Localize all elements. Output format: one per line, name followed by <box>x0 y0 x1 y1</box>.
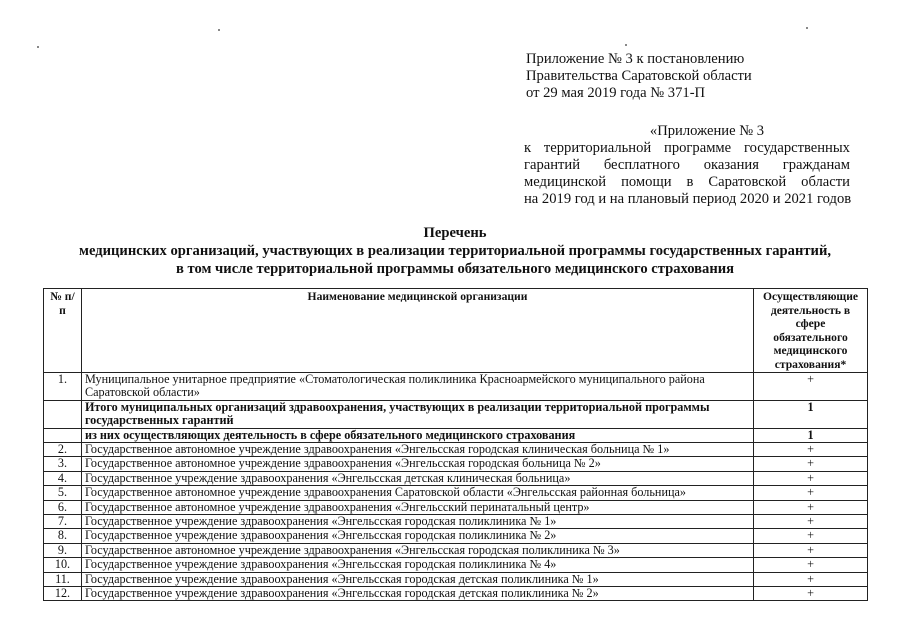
organization-name: Государственное учреждение здравоохранен… <box>81 572 753 586</box>
row-number: 3. <box>44 457 82 471</box>
organization-name: Государственное учреждение здравоохранен… <box>81 558 753 572</box>
organization-name: Государственное автономное учреждение зд… <box>81 486 753 500</box>
table-row: 8.Государственное учреждение здравоохран… <box>44 529 868 543</box>
row-number: 12. <box>44 587 82 601</box>
annex-reference: «Приложение № 3 к территориальной програ… <box>524 123 850 208</box>
oms-flag: + <box>754 372 868 400</box>
row-number: 5. <box>44 486 82 500</box>
approval-line: Правительства Саратовской области <box>526 68 752 85</box>
table-row: 6.Государственное автономное учреждение … <box>44 500 868 514</box>
approval-reference: Приложение № 3 к постановлению Правитель… <box>526 51 752 102</box>
table-summary-row: Итого муниципальных организаций здравоох… <box>44 400 868 428</box>
row-number <box>44 400 82 428</box>
row-number: 11. <box>44 572 82 586</box>
annex-line: на 2019 год и на плановый период 2020 и … <box>524 191 850 208</box>
title-line: Перечень <box>40 224 870 242</box>
oms-flag: + <box>754 442 868 456</box>
scan-speck <box>37 46 39 48</box>
annex-word: гражданам <box>783 157 850 174</box>
table-header-row: № п/п Наименование медицинской организац… <box>44 289 868 373</box>
organization-name: Государственное автономное учреждение зд… <box>81 500 753 514</box>
annex-word: программе <box>664 140 731 157</box>
approval-line: от 29 мая 2019 года № 371-П <box>526 85 752 102</box>
row-number: 4. <box>44 471 82 485</box>
document-title: Перечень медицинских организаций, участв… <box>40 224 870 278</box>
document-page: Приложение № 3 к постановлению Правитель… <box>0 0 905 640</box>
scan-speck <box>625 44 627 46</box>
annex-word: государственных <box>744 140 850 157</box>
header-oms-flag: Осуществляющие деятельность в сфере обяз… <box>754 289 868 373</box>
table-row: 5.Государственное автономное учреждение … <box>44 486 868 500</box>
table-row: 4.Государственное учреждение здравоохран… <box>44 471 868 485</box>
table-row: 11.Государственное учреждение здравоохра… <box>44 572 868 586</box>
oms-flag: + <box>754 543 868 557</box>
oms-flag: + <box>754 471 868 485</box>
row-number: 9. <box>44 543 82 557</box>
oms-flag: + <box>754 486 868 500</box>
organization-name: Государственное учреждение здравоохранен… <box>81 471 753 485</box>
organization-name: Итого муниципальных организаций здравоох… <box>81 400 753 428</box>
table-row: 1.Муниципальное унитарное предприятие «С… <box>44 372 868 400</box>
organization-name: Государственное автономное учреждение зд… <box>81 457 753 471</box>
organization-name: Государственное автономное учреждение зд… <box>81 442 753 456</box>
oms-flag: 1 <box>754 400 868 428</box>
annex-title: «Приложение № 3 <box>524 123 850 140</box>
annex-word: бесплатного <box>604 157 680 174</box>
title-line: в том числе территориальной программы об… <box>40 260 870 278</box>
oms-flag: + <box>754 572 868 586</box>
header-number: № п/п <box>44 289 82 373</box>
table-row: 10.Государственное учреждение здравоохра… <box>44 558 868 572</box>
header-name: Наименование медицинской организации <box>81 289 753 373</box>
scan-speck <box>218 29 220 31</box>
oms-flag: + <box>754 587 868 601</box>
row-number: 10. <box>44 558 82 572</box>
annex-line: медицинской помощи в Саратовской области <box>524 174 850 191</box>
table-row: 2.Государственное автономное учреждение … <box>44 442 868 456</box>
organization-name: Государственное учреждение здравоохранен… <box>81 587 753 601</box>
annex-word: медицинской <box>524 174 606 191</box>
annex-word: оказания <box>704 157 759 174</box>
annex-line: к территориальной программе государствен… <box>524 140 850 157</box>
annex-word: области <box>801 174 850 191</box>
scan-speck <box>806 27 808 29</box>
table-row: 3.Государственное автономное учреждение … <box>44 457 868 471</box>
row-number: 6. <box>44 500 82 514</box>
row-number: 2. <box>44 442 82 456</box>
table-row: 9.Государственное автономное учреждение … <box>44 543 868 557</box>
annex-word: помощи <box>621 174 671 191</box>
annex-word: Саратовской <box>708 174 786 191</box>
oms-flag: + <box>754 515 868 529</box>
table-summary-row: из них осуществляющих деятельность в сфе… <box>44 428 868 442</box>
table-row: 7.Государственное учреждение здравоохран… <box>44 515 868 529</box>
annex-word: в <box>686 174 693 191</box>
oms-flag: 1 <box>754 428 868 442</box>
oms-flag: + <box>754 457 868 471</box>
annex-word: территориальной <box>544 140 651 157</box>
oms-flag: + <box>754 529 868 543</box>
title-line: медицинских организаций, участвующих в р… <box>40 242 870 260</box>
row-number: 8. <box>44 529 82 543</box>
organization-name: Муниципальное унитарное предприятие «Сто… <box>81 372 753 400</box>
oms-flag: + <box>754 500 868 514</box>
oms-flag: + <box>754 558 868 572</box>
table-row: 12.Государственное учреждение здравоохра… <box>44 587 868 601</box>
row-number: 1. <box>44 372 82 400</box>
organizations-table: № п/п Наименование медицинской организац… <box>43 288 868 601</box>
organization-name: Государственное учреждение здравоохранен… <box>81 515 753 529</box>
approval-line: Приложение № 3 к постановлению <box>526 51 752 68</box>
organization-name: Государственное учреждение здравоохранен… <box>81 529 753 543</box>
row-number: 7. <box>44 515 82 529</box>
organization-name: из них осуществляющих деятельность в сфе… <box>81 428 753 442</box>
row-number <box>44 428 82 442</box>
annex-word: гарантий <box>524 157 580 174</box>
annex-word: к <box>524 140 531 157</box>
annex-line: гарантий бесплатного оказания гражданам <box>524 157 850 174</box>
organization-name: Государственное автономное учреждение зд… <box>81 543 753 557</box>
table-body: 1.Муниципальное унитарное предприятие «С… <box>44 372 868 601</box>
